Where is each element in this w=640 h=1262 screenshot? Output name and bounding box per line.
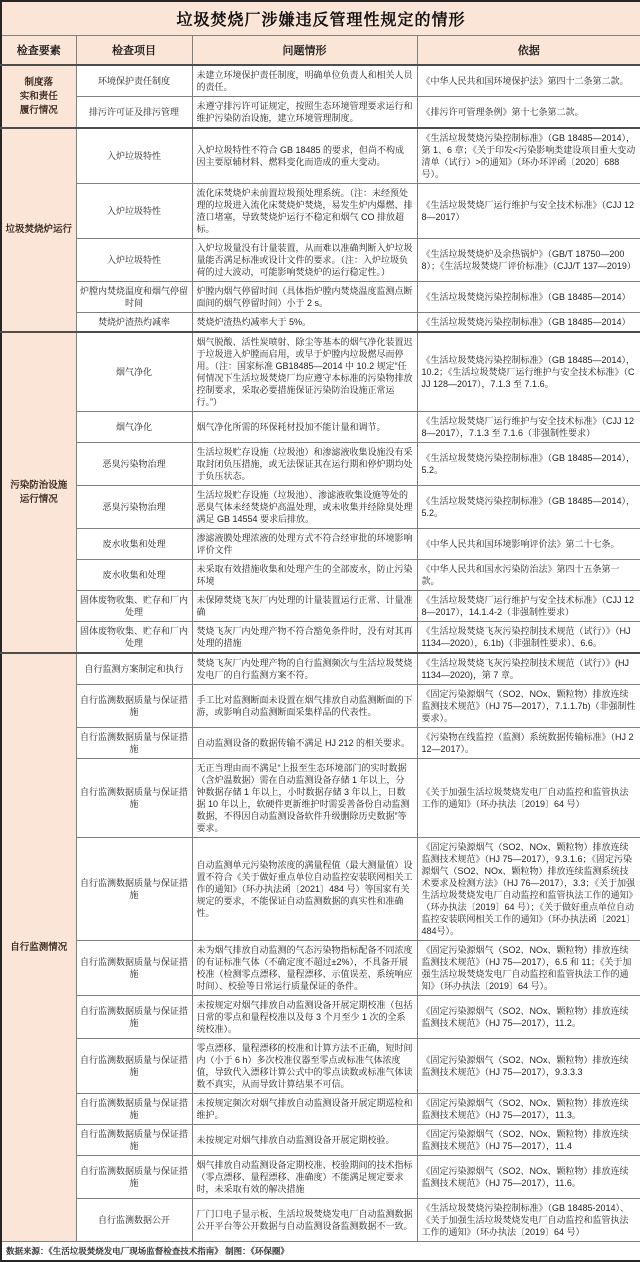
item-cell: 自行监测数据质量与保证措施	[76, 685, 192, 728]
problem-cell: 零点漂移、量程漂移的校准和计算方法不正确，短时间内（小于 6 h）多次校准仪器至…	[192, 1039, 417, 1094]
item-cell: 炉膛内焚烧温度和烟气停留时间	[76, 282, 192, 313]
col-header-element: 检查要素	[1, 36, 76, 66]
problem-cell: 未遵守排污许可证规定，按照生态环境管理要求运行和维护污染防治设施，建立环境管理制…	[192, 97, 417, 129]
item-cell: 废水收集和处理	[76, 529, 192, 560]
table-row: 废水收集和处理未采取有效措施收集和处理产生的全部废水，防止污染环境《中华人民共和…	[1, 560, 640, 591]
table-row: 炉膛内焚烧温度和烟气停留时间炉膛内烟气停留时间（具体指炉膛内焚烧温度监测点断面间…	[1, 282, 640, 313]
basis-cell: 《中华人民共和国环境影响评价法》第二十七条。	[417, 529, 640, 560]
problem-cell: 无正当理由而不满足“上报至生态环境部门的实时数据（含炉温数据）需在自动监测设备存…	[192, 759, 417, 838]
source-note: 数据来源：《生活垃圾焚烧发电厂现场监督检查技术指南》 制图：《环保圈》	[1, 1242, 640, 1262]
basis-cell: 《生活垃圾焚烧炉及余热锅炉》（GB/T 18750—2008）；《生活垃圾焚烧厂…	[417, 239, 640, 282]
item-cell: 烟气净化	[76, 332, 192, 412]
problem-cell: 未按规定对烟气排放自动监测设备开展定期校准（包括日常的零点和量程校准以及每 3 …	[192, 996, 417, 1039]
problem-cell: 焚烧飞灰厂内处理产物的自行监测频次与生活垃圾焚烧发电厂的自行监测方案不符。	[192, 653, 417, 685]
item-cell: 自行监测数据质量与保证措施	[76, 1156, 192, 1199]
col-header-item: 检查项目	[76, 36, 192, 66]
item-cell: 自行监测数据质量与保证措施	[76, 1039, 192, 1094]
item-cell: 废水收集和处理	[76, 560, 192, 591]
table-row: 固体废物收集、贮存和厂内处理焚烧飞灰厂内处理产物不符合豁免条件时，没有对其再处理…	[1, 622, 640, 654]
problem-cell: 烟气净化所需的环保耗材投加不能计量和调节。	[192, 412, 417, 443]
problem-cell: 厂门口电子显示板、生活垃圾焚烧发电厂自动监测数据公开平台等公开数据与自动监测设备…	[192, 1199, 417, 1242]
basis-cell: 《固定污染源烟气（SO2、NOx、颗粒物）排放连续监测技术规范》（HJ 75—2…	[417, 685, 640, 728]
problem-cell: 渗滤液膜处理浓液的处理方式不符合经审批的环境影响评价文件	[192, 529, 417, 560]
problem-cell: 炉膛内烟气停留时间（具体指炉膛内焚烧温度监测点断面间的烟气停留时间）小于 2 s…	[192, 282, 417, 313]
basis-cell: 《生活垃圾焚烧飞灰污染控制技术规范（试行）》(HJ 1134—2020)，第 7…	[417, 653, 640, 685]
problem-cell: 焚烧飞灰厂内处理产物不符合豁免条件时，没有对其再处理的措施	[192, 622, 417, 654]
item-cell: 恶臭污染物治理	[76, 486, 192, 529]
table-row: 恶臭污染物治理生活垃圾贮存设施（垃圾池）、渗滤液收集设施等处的恶臭气体未经焚烧炉…	[1, 486, 640, 529]
inspection-table: 垃圾焚烧厂涉嫌违反管理性规定的情形 检查要素 检查项目 问题情形 依据 制度落 …	[0, 0, 640, 1262]
item-cell: 环境保护责任制度	[76, 65, 192, 97]
item-cell: 自行监测数据质量与保证措施	[76, 728, 192, 759]
problem-cell: 未为烟气排放自动监测的气态污染物指标配备不同浓度的有证标准气体（不确定度不超过±…	[192, 941, 417, 996]
problem-cell: 入炉垃圾特性不符合 GB 18485 的要求，但尚不构成因主要原辅材料、燃料变化…	[192, 128, 417, 184]
basis-cell: 《生活垃圾焚烧厂运行维护与安全技术标准》（CJJ 128—2017）	[417, 184, 640, 239]
section-element-cell: 制度落 实和责任 履行情况	[1, 65, 76, 128]
problem-cell: 生活垃圾贮存设施（垃圾池）和渗滤液收集设施没有采取封闭负压措施，或无法保证其在运…	[192, 443, 417, 486]
basis-cell: 《生活垃圾焚烧污染控制标准》（GB 18485—2014），5.2。	[417, 486, 640, 529]
table-row: 污染防治设施 运行情况烟气净化烟气脱酸、活性炭喷射、除尘等基本的烟气净化装置迟于…	[1, 332, 640, 412]
item-cell: 自行监测方案制定和执行	[76, 653, 192, 685]
column-header-row: 检查要素 检查项目 问题情形 依据	[1, 36, 640, 66]
footer-row: 数据来源：《生活垃圾焚烧发电厂现场监督检查技术指南》 制图：《环保圈》	[1, 1242, 640, 1262]
basis-cell: 《生活垃圾焚烧厂运行维护与安全技术标准》（CJJ 128—2017），14.1.…	[417, 591, 640, 622]
problem-cell: 手工比对监测断面未设置在烟气排放自动监测断面的下游，或影响自动监测断面采集样品的…	[192, 685, 417, 728]
problem-cell: 未按规定频次对烟气排放自动监测设备开展定期巡检和维护。	[192, 1094, 417, 1125]
table-row: 烟气净化烟气净化所需的环保耗材投加不能计量和调节。《生活垃圾焚烧厂运行维护与安全…	[1, 412, 640, 443]
basis-cell: 《生活垃圾焚烧厂运行维护与安全技术标准》（CJJ 128—2017），7.1.3…	[417, 412, 640, 443]
item-cell: 排污许可证及排污管理	[76, 97, 192, 129]
table-row: 自行监测数据质量与保证措施未按规定对烟气排放自动监测设备开展定期校准（包括日常的…	[1, 996, 640, 1039]
table-body: 制度落 实和责任 履行情况环境保护责任制度未建立环境保护责任制度，明确单位负责人…	[1, 65, 640, 1242]
item-cell: 入炉垃圾特性	[76, 239, 192, 282]
basis-cell: 《生活垃圾焚烧污染控制标准》（GB 18485—2014），10.2；《生活垃圾…	[417, 332, 640, 412]
basis-cell: 《生活垃圾焚烧飞灰污染控制技术规范（试行）》（HJ 1134—2020），6.1…	[417, 622, 640, 654]
problem-cell: 未保障焚烧飞灰厂内处理的计量装置运行正常、计量准确	[192, 591, 417, 622]
item-cell: 自行监测数据质量与保证措施	[76, 759, 192, 838]
table-row: 入炉垃圾特性流化床焚烧炉未前置垃圾预处理系统。（注：未经预处理的垃圾进入流化床焚…	[1, 184, 640, 239]
item-cell: 焚烧炉渣热灼减率	[76, 313, 192, 333]
problem-cell: 烟气脱酸、活性炭喷射、除尘等基本的烟气净化装置迟于垃圾进入炉膛而启用，或早于炉膛…	[192, 332, 417, 412]
basis-cell: 《固定污染源烟气（SO2、NOx、颗粒物）排放连续监测技术规范》（HJ 75—2…	[417, 941, 640, 996]
title-row: 垃圾焚烧厂涉嫌违反管理性规定的情形	[1, 1, 640, 36]
item-cell: 固体废物收集、贮存和厂内处理	[76, 622, 192, 654]
basis-cell: 《关于加强生活垃圾焚烧发电厂自动监控和监管执法工作的通知》（环办执法〔2019〕…	[417, 759, 640, 838]
table-row: 自行监测数据质量与保证措施未按规定频次对烟气排放自动监测设备开展定期巡检和维护。…	[1, 1094, 640, 1125]
basis-cell: 《固定污染源烟气（SO2、NOx、颗粒物）排放连续监测技术规范》（HJ 75—2…	[417, 1039, 640, 1094]
table-row: 废水收集和处理渗滤液膜处理浓液的处理方式不符合经审批的环境影响评价文件《中华人民…	[1, 529, 640, 560]
basis-cell: 《固定污染源烟气（SO2、NOx、颗粒物）排放连续监测技术规范》（HJ 75—2…	[417, 1156, 640, 1199]
table-row: 自行监测数据质量与保证措施自动监测设备的数据传输不满足 HJ 212 的相关要求…	[1, 728, 640, 759]
table-row: 自行监测数据质量与保证措施烟气排放自动监测设备定期校准、校验期间的技术指标（零点…	[1, 1156, 640, 1199]
problem-cell: 未采取有效措施收集和处理产生的全部废水，防止污染环境	[192, 560, 417, 591]
basis-cell: 《中华人民共和国环境保护法》第四十二条第二款。	[417, 65, 640, 97]
basis-cell: 《生活垃圾焚烧污染控制标准》（GB 18485—2014）	[417, 313, 640, 333]
table-row: 自行监测数据公开厂门口电子显示板、生活垃圾焚烧发电厂自动监测数据公开平台等公开数…	[1, 1199, 640, 1242]
table-row: 自行监测数据质量与保证措施未按规定对烟气排放自动监测设备开展定期校验。《固定污染…	[1, 1125, 640, 1156]
item-cell: 自行监测数据质量与保证措施	[76, 996, 192, 1039]
item-cell: 烟气净化	[76, 412, 192, 443]
basis-cell: 《固定污染源烟气（SO2、NOx、颗粒物）排放连续监测技术规范》（HJ 75—2…	[417, 996, 640, 1039]
table-row: 自行监测情况自行监测方案制定和执行焚烧飞灰厂内处理产物的自行监测频次与生活垃圾焚…	[1, 653, 640, 685]
table-row: 固体废物收集、贮存和厂内处理未保障焚烧飞灰厂内处理的计量装置运行正常、计量准确《…	[1, 591, 640, 622]
item-cell: 入炉垃圾特性	[76, 184, 192, 239]
item-cell: 固体废物收集、贮存和厂内处理	[76, 591, 192, 622]
table-row: 自行监测数据质量与保证措施未为烟气排放自动监测的气态污染物指标配备不同浓度的有证…	[1, 941, 640, 996]
table-row: 自行监测数据质量与保证措施零点漂移、量程漂移的校准和计算方法不正确，短时间内（小…	[1, 1039, 640, 1094]
item-cell: 入炉垃圾特性	[76, 128, 192, 184]
table-row: 入炉垃圾特性入炉垃圾量没有计量装置，从而难以准确判断入炉垃圾量能否满足标准或设计…	[1, 239, 640, 282]
table-row: 自行监测数据质量与保证措施无正当理由而不满足“上报至生态环境部门的实时数据（含炉…	[1, 759, 640, 838]
page-title: 垃圾焚烧厂涉嫌违反管理性规定的情形	[1, 1, 640, 36]
item-cell: 自行监测数据质量与保证措施	[76, 1094, 192, 1125]
basis-cell: 《中华人民共和国水污染防治法》第四十五条第一款。	[417, 560, 640, 591]
basis-cell: 《生活垃圾焚烧污染控制标准》（GB 18485-2014）、《关于加强生活垃圾焚…	[417, 1199, 640, 1242]
problem-cell: 自动监测设备的数据传输不满足 HJ 212 的相关要求。	[192, 728, 417, 759]
problem-cell: 未按规定对烟气排放自动监测设备开展定期校验。	[192, 1125, 417, 1156]
problem-cell: 入炉垃圾量没有计量装置，从而难以准确判断入炉垃圾量能否满足标准或设计文件的要求。…	[192, 239, 417, 282]
table-row: 焚烧炉渣热灼减率焚烧炉渣热灼减率大于 5%。《生活垃圾焚烧污染控制标准》（GB …	[1, 313, 640, 333]
section-element-cell: 污染防治设施 运行情况	[1, 332, 76, 653]
problem-cell: 烟气排放自动监测设备定期校准、校验期间的技术指标（零点漂移、量程漂移、准确度）不…	[192, 1156, 417, 1199]
item-cell: 自行监测数据质量与保证措施	[76, 838, 192, 941]
basis-cell: 《污染物在线监控（监测）系统数据传输标准》（HJ 212—2017）。	[417, 728, 640, 759]
problem-cell: 流化床焚烧炉未前置垃圾预处理系统。（注：未经预处理的垃圾进入流化床焚烧炉焚烧，易…	[192, 184, 417, 239]
basis-cell: 《生活垃圾焚烧污染控制标准》（GB 18485—2014），第 1、6 章；《关…	[417, 128, 640, 184]
section-element-cell: 垃圾焚烧炉运行	[1, 128, 76, 332]
basis-cell: 《排污许可管理条例》第十七条第二款。	[417, 97, 640, 129]
item-cell: 自行监测数据质量与保证措施	[76, 941, 192, 996]
problem-cell: 自动监测单元污染物浓度的满量程值（最大测量值）设置不符合《关于做好重点单位自动监…	[192, 838, 417, 941]
section-element-cell: 自行监测情况	[1, 653, 76, 1242]
item-cell: 恶臭污染物治理	[76, 443, 192, 486]
basis-cell: 《固定污染源烟气（SO2、NOx、颗粒物）排放连续监测技术规范》（HJ 75—2…	[417, 838, 640, 941]
basis-cell: 《固定污染源烟气（SO2、NOx、颗粒物）排放连续监测技术规范》（HJ 75—2…	[417, 1094, 640, 1125]
problem-cell: 未建立环境保护责任制度，明确单位负责人和相关人员的责任。	[192, 65, 417, 97]
table-row: 排污许可证及排污管理未遵守排污许可证规定，按照生态环境管理要求运行和维护污染防治…	[1, 97, 640, 129]
item-cell: 自行监测数据质量与保证措施	[76, 1125, 192, 1156]
col-header-basis: 依据	[417, 36, 640, 66]
table-row: 恶臭污染物治理生活垃圾贮存设施（垃圾池）和渗滤液收集设施没有采取封闭负压措施，或…	[1, 443, 640, 486]
basis-cell: 《固定污染源烟气（SO2、NOx、颗粒物）排放连续监测技术规范》（HJ 75—2…	[417, 1125, 640, 1156]
problem-cell: 生活垃圾贮存设施（垃圾池）、渗滤液收集设施等处的恶臭气体未经焚烧炉高温处理，或未…	[192, 486, 417, 529]
table-row: 自行监测数据质量与保证措施手工比对监测断面未设置在烟气排放自动监测断面的下游，或…	[1, 685, 640, 728]
item-cell: 自行监测数据公开	[76, 1199, 192, 1242]
table-row: 制度落 实和责任 履行情况环境保护责任制度未建立环境保护责任制度，明确单位负责人…	[1, 65, 640, 97]
col-header-problem: 问题情形	[192, 36, 417, 66]
basis-cell: 《生活垃圾焚烧污染控制标准》（GB 18485—2014）	[417, 282, 640, 313]
basis-cell: 《生活垃圾焚烧污染控制标准》（GB 18485—2014），5.2。	[417, 443, 640, 486]
table-row: 垃圾焚烧炉运行入炉垃圾特性入炉垃圾特性不符合 GB 18485 的要求，但尚不构…	[1, 128, 640, 184]
table-row: 自行监测数据质量与保证措施自动监测单元污染物浓度的满量程值（最大测量值）设置不符…	[1, 838, 640, 941]
problem-cell: 焚烧炉渣热灼减率大于 5%。	[192, 313, 417, 333]
